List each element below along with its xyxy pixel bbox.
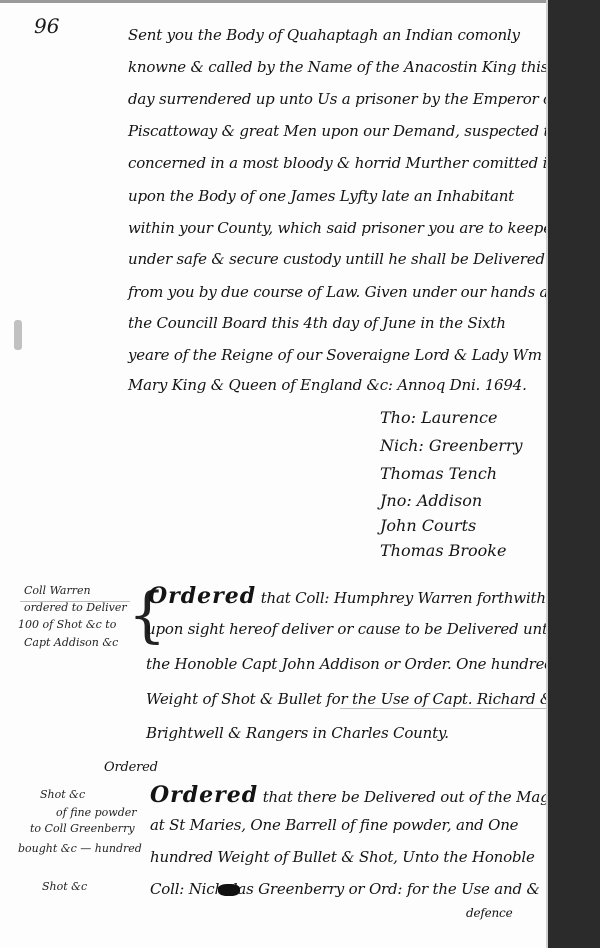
margin-note-line: 100 of Shot &c to (18, 618, 116, 631)
signature: Thomas Brooke (380, 541, 506, 560)
signature: Nich: Greenberry (380, 436, 523, 455)
signature: John Courts (380, 516, 476, 535)
book-binding (548, 0, 600, 948)
above-note: Ordered (104, 760, 158, 775)
margin-note-line: bought &c — hundred (18, 842, 142, 855)
margin-note-line: ordered to Deliver (24, 601, 127, 614)
order-1-line: concerned in a most bloody & horrid Murt… (128, 154, 574, 172)
order-2-line: upon sight hereof deliver or cause to be… (146, 620, 574, 638)
ink-smudge (14, 320, 22, 350)
order-1-line: Mary King & Queen of England &c: Annoq D… (128, 376, 527, 394)
order-3-line: that there be Delivered out of the Magaz… (263, 788, 589, 806)
page-number: 96 (34, 14, 59, 38)
order-1-line: the Councill Board this 4th day of June … (128, 314, 506, 332)
margin-note-line: Coll Warren (24, 584, 91, 597)
signature: Tho: Laurence (380, 408, 497, 427)
order-3-first-line: Ordered that there be Delivered out of t… (150, 782, 589, 808)
margin-note-line: Capt Addison &c (24, 636, 118, 649)
order-1-line: under safe & secure custody untill he sh… (128, 250, 563, 268)
order-2-line: that Coll: Humphrey Warren forthwith & (261, 589, 564, 607)
catchword: defence (466, 906, 512, 920)
order-2-line: the Honoble Capt John Addison or Order. … (146, 655, 554, 673)
ordered-heading: Ordered (150, 782, 258, 808)
order-1-line: Sent you the Body of Quahaptagh an India… (128, 26, 520, 44)
order-3-line: at St Maries, One Barrell of fine powder… (150, 816, 518, 834)
margin-note-line: to Coll Greenberry (30, 822, 135, 835)
margin-note-line: Shot &c (42, 880, 87, 893)
order-3-line: hundred Weight of Bullet & Shot, Unto th… (150, 848, 535, 866)
order-1-line: yeare of the Reigne of our Soveraigne Lo… (128, 346, 542, 364)
ink-blot (218, 884, 240, 896)
order-1-line: within your County, which said prisoner … (128, 219, 552, 237)
manuscript-page: 96 Sent you the Body of Quahaptagh an In… (0, 0, 548, 948)
order-2-line: Brightwell & Rangers in Charles County. (146, 724, 449, 742)
order-1-line: knowne & called by the Name of the Anaco… (128, 58, 548, 76)
margin-note-line: of fine powder (56, 806, 137, 819)
signature: Thomas Tench (380, 464, 497, 483)
signature: Jno: Addison (380, 491, 482, 510)
order-1-line: day surrendered up unto Us a prisoner by… (128, 90, 557, 108)
margin-note-line: Shot &c (40, 788, 85, 801)
order-1-line: upon the Body of one James Lyfty late an… (128, 187, 514, 205)
ruled-line (340, 708, 548, 709)
order-1-line: Piscattoway & great Men upon our Demand,… (128, 122, 581, 140)
order-1-line: from you by due course of Law. Given und… (128, 283, 554, 301)
page-top-edge (0, 0, 548, 3)
order-2-line: Weight of Shot & Bullet for the Use of C… (146, 690, 553, 708)
order-2-first-line: Ordered that Coll: Humphrey Warren forth… (148, 583, 564, 609)
ordered-heading: Ordered (148, 583, 256, 609)
order-3-line: Coll: Nicholas Greenberry or Ord: for th… (150, 880, 540, 898)
